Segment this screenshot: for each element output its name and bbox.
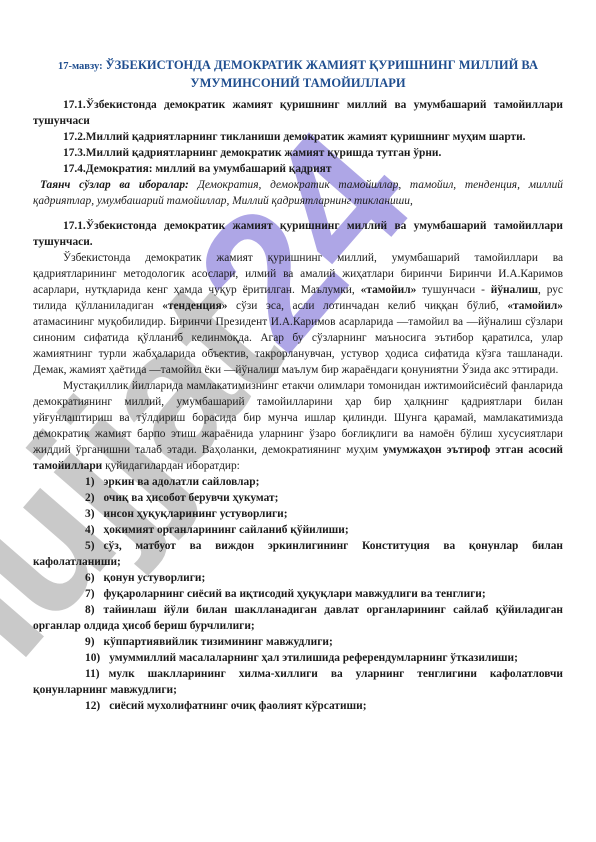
keywords-paragraph: Таянч сўзлар ва иборалар: Демократия, де… [33,177,563,209]
body-paragraph-1: Ўзбекистонда демократик жамият қуришнинг… [33,250,563,378]
outline-item-17-3: 17.3.Миллий қадриятларнинг демократик жа… [33,145,563,161]
list-item-number: 7) [85,588,95,600]
outline-item-17-4: 17.4.Демократия: миллий ва умумбашарий қ… [33,161,563,177]
list-item-11: 11)мулк шаклларининг хилма-хиллиги ва ул… [33,666,563,698]
list-item-number: 3) [85,508,95,520]
list-item-text: ҳокимият органларининг сайланиб қўйилиши… [104,524,349,536]
list-item-number: 10) [85,652,100,664]
text-segment: қуйидагилардан иборатдир: [102,460,240,472]
list-item-9: 9)кўппартиявийлик тизимининг мавжудлиги; [33,634,563,650]
document-content: 17-мавзу: ЎЗБЕКИСТОНДА ДЕМОКРАТИК ЖАМИЯТ… [0,0,596,714]
list-item-text: тайинлаш йўли билан шаклланадиган давлат… [33,604,563,632]
text-segment-bold: «тамойил» [507,300,563,312]
list-item-text: кўппартиявийлик тизимининг мавжудлиги; [104,636,333,648]
list-item-text: сиёсий мухолифатнинг очиқ фаолият кўрсат… [109,700,366,712]
document-page: Hujjat24 17-мавзу: ЎЗБЕКИСТОНДА ДЕМОКРАТ… [0,0,596,842]
list-item-3: 3)инсон ҳуқуқларининг устуворлиги; [33,506,563,522]
text-segment-bold: «тенденция» [162,300,227,312]
list-item-4: 4)ҳокимият органларининг сайланиб қўйили… [33,522,563,538]
list-item-number: 2) [85,492,95,504]
list-item-8: 8)тайинлаш йўли билан шаклланадиган давл… [33,602,563,634]
section-heading: 17.1.Ўзбекистонда демократик жамият қури… [33,218,563,250]
list-item-text: инсон ҳуқуқларининг устуворлиги; [104,508,288,520]
text-segment: сўзи эса, асли лотинчадан келиб чиққан б… [227,300,507,312]
list-item-number: 4) [85,524,95,536]
body-paragraph-2: Мустақиллик йилларида мамлакатимизнинг е… [33,378,563,474]
list-item-1: 1)эркин ва адолатли сайловлар; [33,474,563,490]
list-item-text: очиқ ва ҳисобот берувчи ҳукумат; [104,492,279,504]
list-item-number: 6) [85,572,95,584]
list-item-6: 6)қонун устуворлиги; [33,570,563,586]
list-item-2: 2)очиқ ва ҳисобот берувчи ҳукумат; [33,490,563,506]
text-segment-bold: йўналиш [491,284,538,296]
list-item-text: фуқароларнинг сиёсий ва иқтисодий ҳуқуқл… [104,588,486,600]
list-item-text: қонун устуворлиги; [104,572,206,584]
text-segment: атамасининг муқобилидир. Биринчи Президе… [33,316,563,376]
list-item-10: 10)умуммиллий масалаларнинг ҳал этилишид… [33,650,563,666]
title-topic-number: 17-мавзу: [58,61,103,72]
list-item-text: умуммиллий масалаларнинг ҳал этилишида р… [109,652,518,664]
list-item-number: 5) [85,540,95,552]
outline-item-17-2: 17.2.Миллий қадриятларнинг тикланиши дем… [33,129,563,145]
text-segment-bold: «тамойил» [361,284,417,296]
list-item-number: 12) [85,700,100,712]
title-text: ЎЗБЕКИСТОНДА ДЕМОКРАТИК ЖАМИЯТ ҚУРИШНИНГ… [105,58,538,90]
list-item-5: 5)сўз, матбуот ва виждон эркинлигининг К… [33,538,563,570]
list-item-number: 11) [85,668,100,680]
list-item-text: эркин ва адолатли сайловлар; [104,476,260,488]
text-segment: тушунчаси - [416,284,490,296]
outline-item-17-1: 17.1.Ўзбекистонда демократик жамият қури… [33,97,563,129]
list-item-number: 8) [85,604,95,616]
list-item-12: 12)сиёсий мухолифатнинг очиқ фаолият кўр… [33,698,563,714]
list-item-7: 7)фуқароларнинг сиёсий ва иқтисодий ҳуқу… [33,586,563,602]
page-title: 17-мавзу: ЎЗБЕКИСТОНДА ДЕМОКРАТИК ЖАМИЯТ… [33,57,563,93]
keywords-label: Таянч сўзлар ва иборалар: [40,179,198,191]
list-item-number: 9) [85,636,95,648]
list-item-text: мулк шаклларининг хилма-хиллиги ва уларн… [33,668,563,696]
list-item-number: 1) [85,476,95,488]
list-item-text: сўз, матбуот ва виждон эркинлигининг Кон… [33,540,563,568]
